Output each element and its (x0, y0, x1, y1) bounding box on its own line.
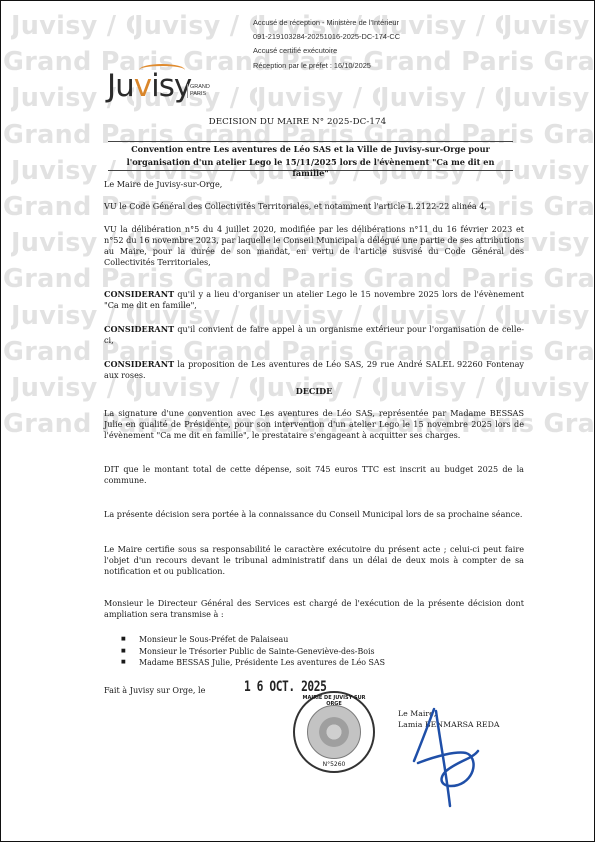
decide-heading: DECIDE (104, 386, 524, 397)
place-date-label: Fait à Juvisy sur Orge, le (104, 685, 205, 695)
recipient-item: Monsieur le Sous-Préfet de Palaiseau (121, 634, 385, 646)
logo-tagline: GRAND PARIS (187, 84, 210, 98)
date-stamp: 1 6 OCT. 2025 (244, 679, 326, 695)
article-council: La présente décision sera portée à la co… (104, 509, 524, 520)
subject-line: Convention entre Les aventures de Léo SA… (108, 142, 513, 155)
seal-emblem-icon (307, 705, 361, 759)
recipient-item: Madame BESSAS Julie, Présidente Les aven… (121, 657, 385, 669)
subject-line: l'organisation d'un atelier Lego le 15/1… (108, 155, 513, 179)
considerant-3: CONSIDERANT la proposition de Les aventu… (104, 359, 524, 381)
vu-deliberation: VU la délibération n°5 du 4 juillet 2020… (104, 224, 524, 268)
intro: Le Maire de Juvisy-sur-Orge, (104, 179, 524, 190)
decision-title: DECISION DU MAIRE N° 2025-DC-174 (1, 117, 594, 127)
document-page: Juvisy / GraJuvisy / GraJuvisy / GraJuvi… (0, 0, 595, 842)
considerant-1: CONSIDERANT qu'il y a lieu d'organiser u… (104, 289, 524, 311)
receipt-line: Accusé de réception - Ministère de l'Int… (253, 16, 400, 30)
juvisy-logo: Juvisy GRAND PARIS (107, 71, 191, 101)
considerant-2: CONSIDERANT qu'il convient de faire appe… (104, 324, 524, 346)
article-transmission: Monsieur le Directeur Général des Servic… (104, 598, 524, 620)
decision-subject: Convention entre Les aventures de Léo SA… (108, 141, 513, 171)
article-budget: DIT que le montant total de cette dépens… (104, 464, 524, 486)
logo-swoosh-icon (139, 64, 185, 76)
recipient-item: Monsieur le Trésorier Public de Sainte-G… (121, 646, 385, 658)
prefecture-receipt-stamp: Accusé de réception - Ministère de l'Int… (253, 16, 400, 73)
recipients-list: Monsieur le Sous-Préfet de Palaiseau Mon… (121, 634, 385, 669)
receipt-line: Réception par le préfet : 16/10/2025 (253, 59, 400, 73)
handwritten-signature-icon (406, 701, 486, 811)
article-convention: La signature d'une convention avec Les a… (104, 408, 524, 441)
article-executory: Le Maire certifie sous sa responsabilité… (104, 544, 524, 577)
vu-code: VU le Code Général des Collectivités Ter… (104, 201, 524, 212)
receipt-line: Accusé certifié exécutoire (253, 44, 400, 58)
town-hall-seal: MAIRIE DE JUVISY SUR ORGE N°5260 (293, 691, 375, 773)
receipt-line: 091-219103284-20251016-2025-DC-174-CC (253, 30, 400, 44)
